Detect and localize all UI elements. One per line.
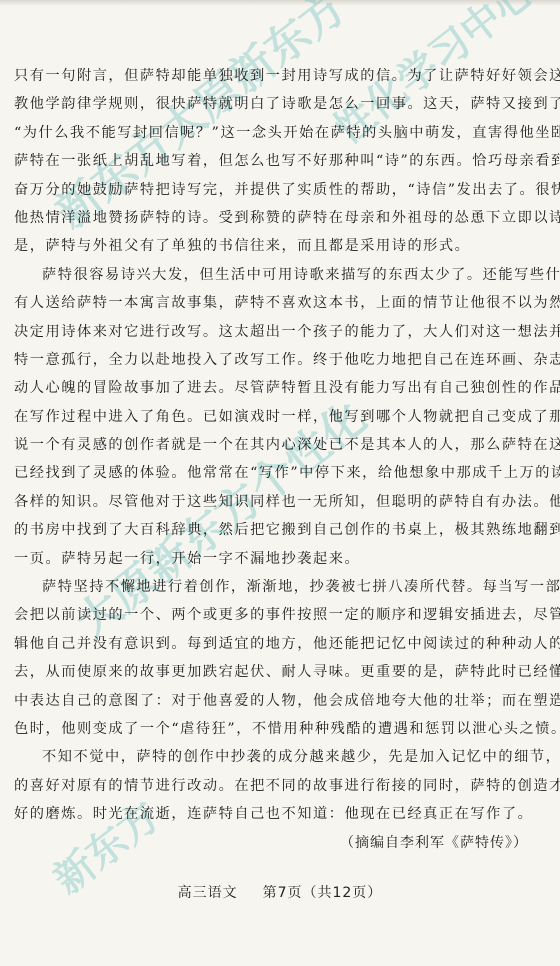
text-line: 说一个有灵感的创作者就是一个在其内心深处已不是其本人的人，那么萨特在这种“抄袭”…: [14, 431, 548, 459]
text-line: 的喜好对原有的情节进行改动。在把不同的故事进行衔接的同时，萨特的创造才能得到了很: [14, 772, 548, 800]
text-line: 辑他自己并没有意识到。每到适宜的地方，他还能把记忆中阅读过的种种动人的细节添加进: [14, 630, 548, 658]
text-line: 动人心魄的冒险故事加了进去。尽管萨特暂且没有能力写出有自己独创性的作品，但他已经: [14, 374, 548, 402]
text-line: 好的磨炼。时光在流逝，连萨特自己也不知道：他现在已经真正在写作了。: [14, 800, 548, 828]
text-line: 奋万分的她鼓励萨特把诗写完，并提供了实质性的帮助，“诗信”发出去了。很快，外公回…: [14, 176, 548, 204]
text-line: 的书房中找到了大百科辞典，然后把它搬到自己创作的书桌上，极其熟练地翻到了印有词条…: [14, 516, 548, 544]
text-line: 已经找到了灵感的体验。他常常在“写作”中停下来，给他想象中那成千上万的读者灌输各…: [14, 459, 548, 487]
text-line: 是，萨特与外祖父有了单独的书信往来，而且都是采用诗的形式。: [14, 232, 548, 260]
paragraph-start-line: 萨特坚持不懈地进行着创作，渐渐地，抄袭被七拼八凑所代替。每当写一部新小说时，他: [14, 573, 548, 601]
text-line: 去，从而使原来的故事更加跌宕起伏、耐人寻味。更重要的是，萨特此时已经懂得如何在写…: [14, 658, 548, 686]
text-line: 特一意孤行，全力以赴地投入了改写工作。终于他吃力地把自己在连环画、杂志上看到的那…: [14, 346, 548, 374]
text-line: 色时，他则变成了一个“虐待狂”，不惜用种种残酷的遭遇和惩罚以泄心头之愤。: [14, 715, 548, 743]
footer-page-number: 第7页（共12页）: [263, 885, 383, 901]
page-edge-shadow: [0, 0, 560, 6]
text-line: “为什么我不能写封回信呢？”这一念头开始在萨特的头脑中萌发，直害得他坐卧不安。这…: [14, 119, 548, 147]
text-line: 萨特在一张纸上胡乱地写着，但怎么也写不好那种叫“诗”的东西。恰巧母亲看到了这一幕…: [14, 147, 548, 175]
paragraph-start-line: 萨特很容易诗兴大发，但生活中可用诗歌来描写的东西太少了。还能写些什么呢？这时，: [14, 261, 548, 289]
source-citation: （摘编自李利军《萨特传》）: [14, 829, 548, 857]
text-line: 他热情洋溢地赞扬萨特的诗。受到称赞的萨特在母亲和外祖母的怂恿下立即以诗作答。于: [14, 204, 548, 232]
paragraph-start-line: 不知不觉中，萨特的创作中抄袭的成分越来越少，先是加入记忆中的细节，然后依据个人: [14, 743, 548, 771]
text-line: 在写作过程中进入了角色。已如演戏时一样，他写到哪个人物就把自己变成了那个人。如果: [14, 403, 548, 431]
page-footer: 高三语文 第7页（共12页）: [0, 882, 560, 902]
text-line: 有人送给萨特一本寓言故事集，萨特不喜欢这本书，上面的情节让他很不以为然，看到最后…: [14, 289, 548, 317]
text-line: 只有一句附言，但萨特却能单独收到一封用诗写成的信。为了让萨特好好领会这种幸福，母…: [14, 62, 548, 90]
text-line: 会把以前读过的一个、两个或更多的事件按照一定的顺序和逻辑安插进去，尽管这种顺序或…: [14, 601, 548, 629]
footer-subject: 高三语文: [178, 885, 238, 901]
text-line: 各样的知识。尽管他对于这些知识同样也一无所知，但聪明的萨特自有办法。他跑到外祖父: [14, 488, 548, 516]
text-line: 教他学韵律学规则，很快萨特就明白了诗歌是怎么一回事。这天，萨特又接到了外祖父的信…: [14, 90, 548, 118]
reading-passage: 只有一句附言，但萨特却能单独收到一封用诗写成的信。为了让萨特好好领会这种幸福，母…: [14, 62, 548, 857]
text-line: 决定用诗体来对它进行改写。这太超出一个孩子的能力了，大人们对这一想法并不支持，但…: [14, 318, 548, 346]
text-line: 一页。萨特另起一行，开始一字不漏地抄袭起来。: [14, 545, 548, 573]
text-line: 中表达自己的意图了：对于他喜爱的人物，他会成倍地夸大他的壮举；而在塑造他所厌恶的…: [14, 687, 548, 715]
